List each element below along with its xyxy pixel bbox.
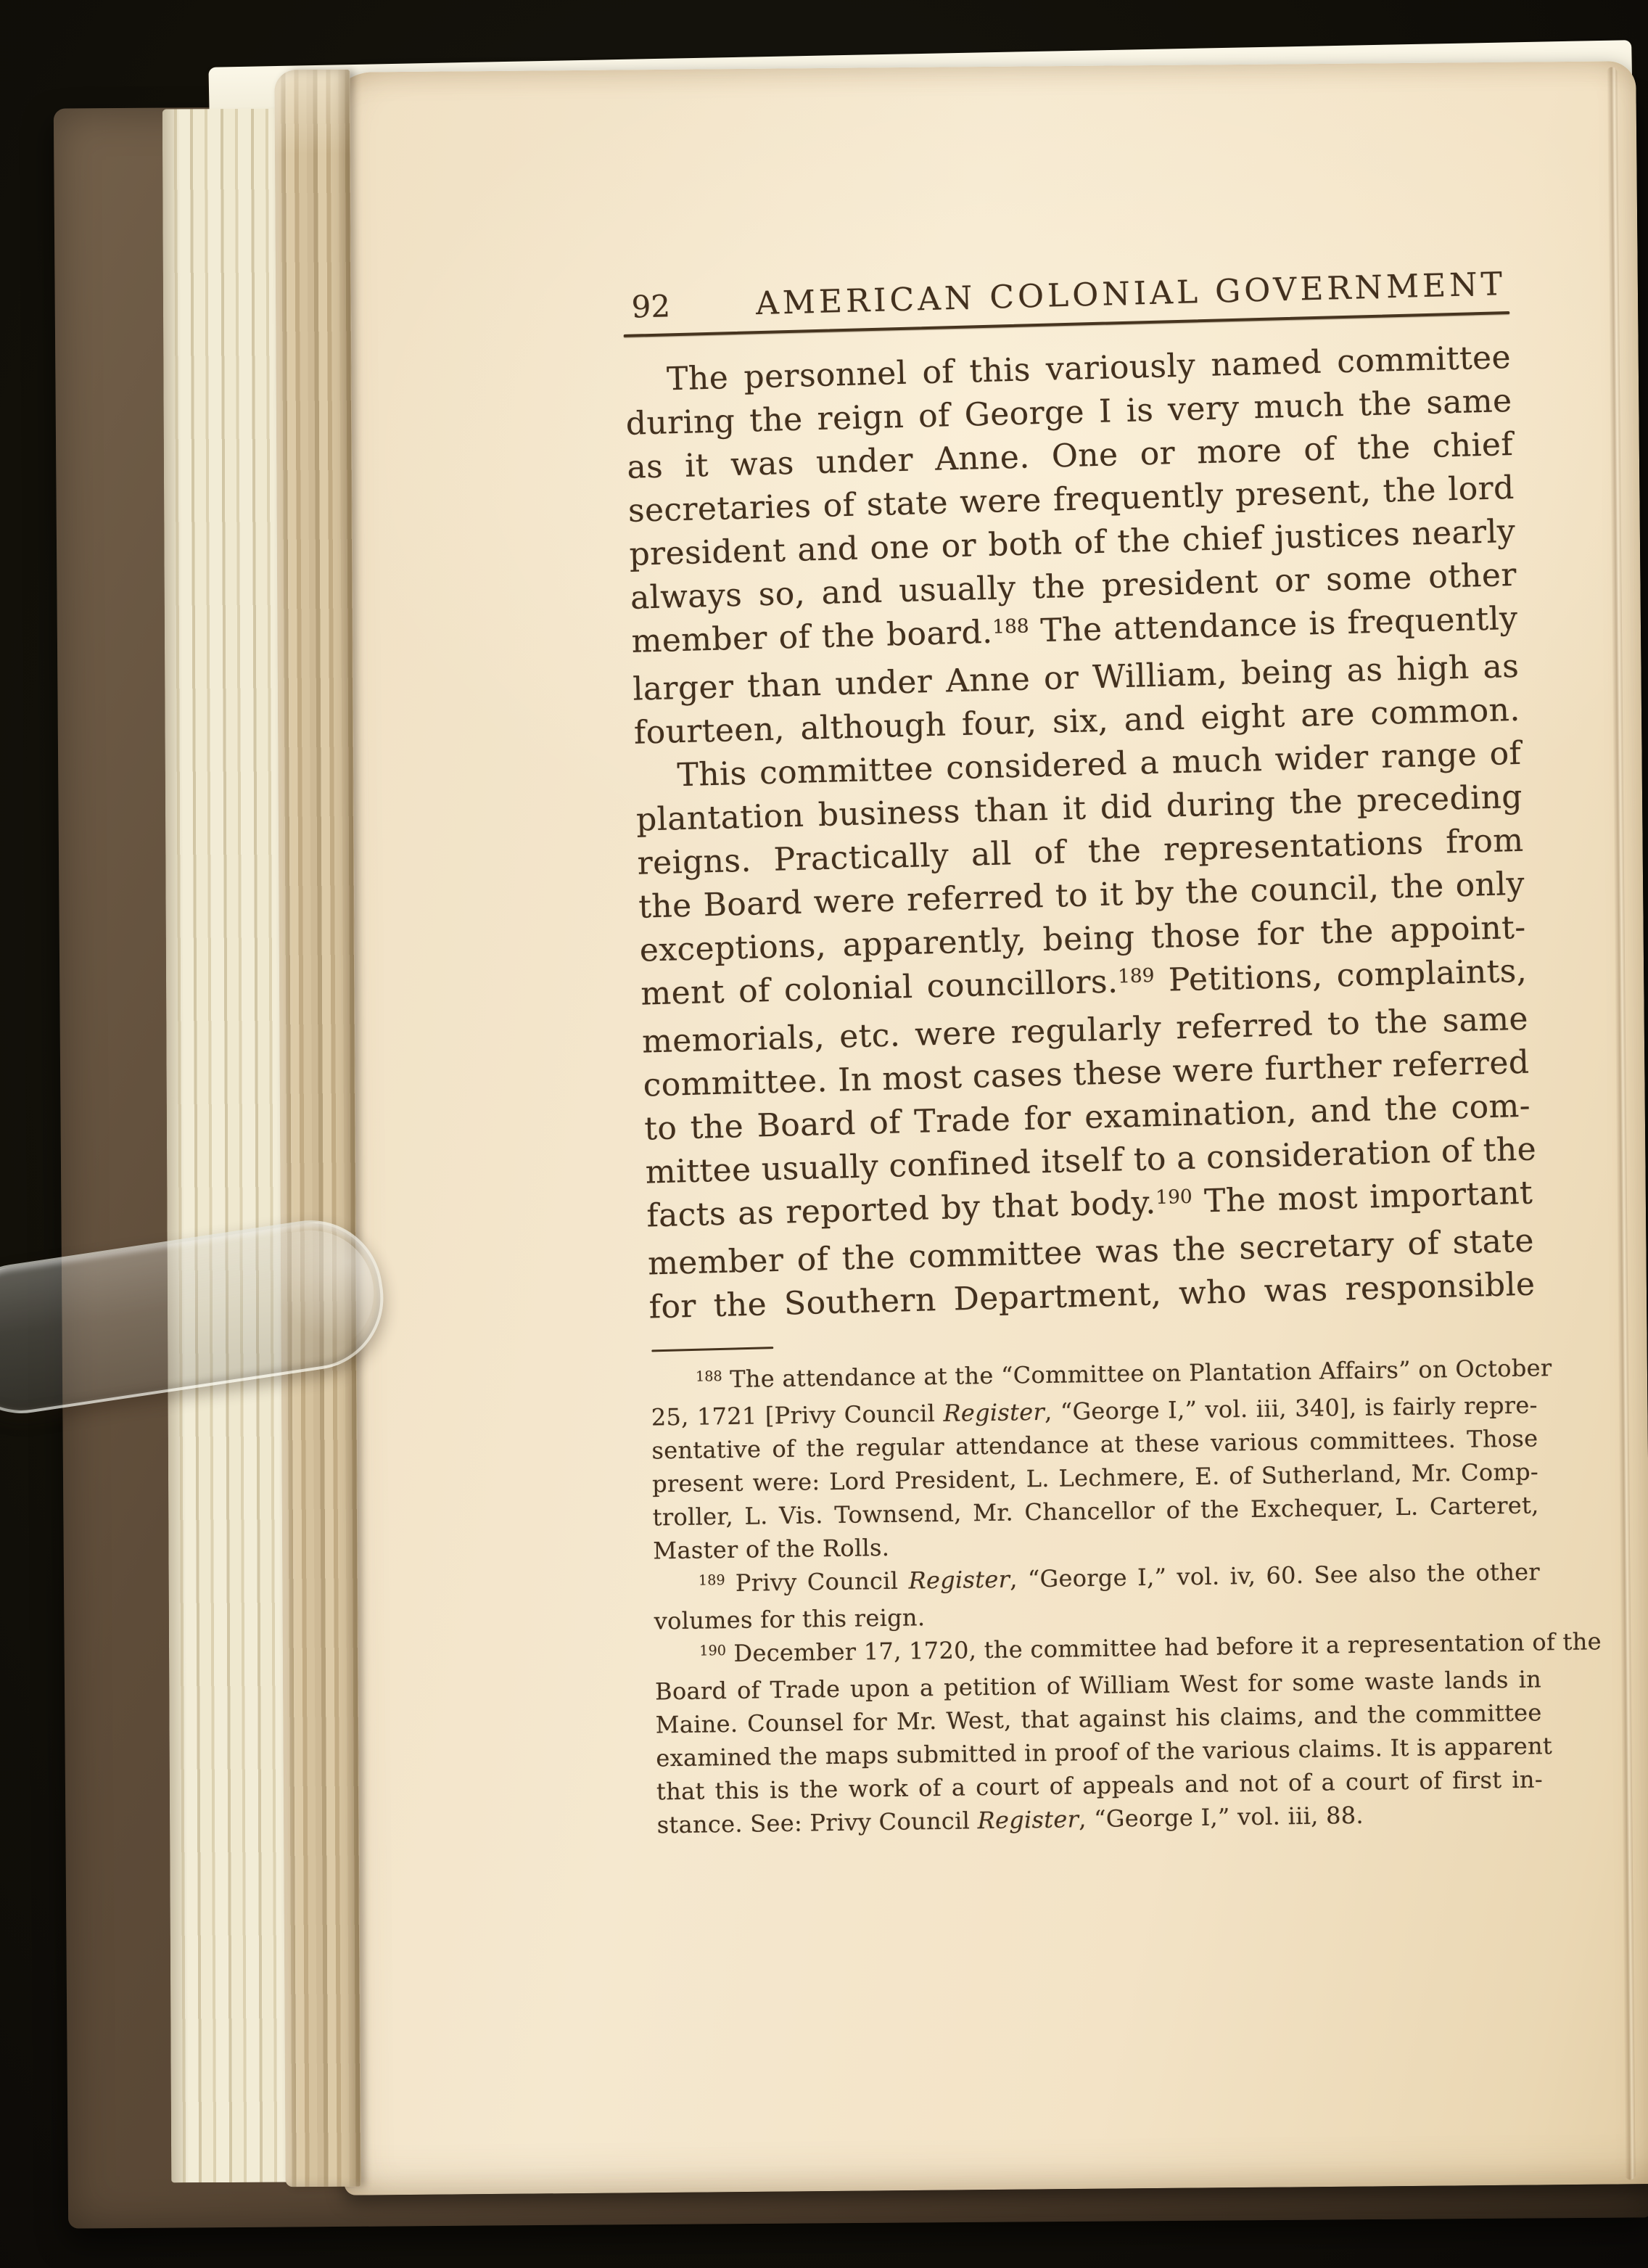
body-text: The personnel of this variously named co… <box>625 336 1536 1330</box>
page-number: 92 <box>631 288 671 324</box>
page-content: 92 AMERICAN COLONIAL GOVERNMENT The pers… <box>622 266 1549 1841</box>
deckled-fore-edge <box>274 70 360 2187</box>
footnotes: 188 The attendance at the “Committee on … <box>651 1351 1544 1841</box>
book-scan: 92 AMERICAN COLONIAL GOVERNMENT The pers… <box>0 0 1648 2268</box>
footnote-rule <box>651 1347 773 1352</box>
